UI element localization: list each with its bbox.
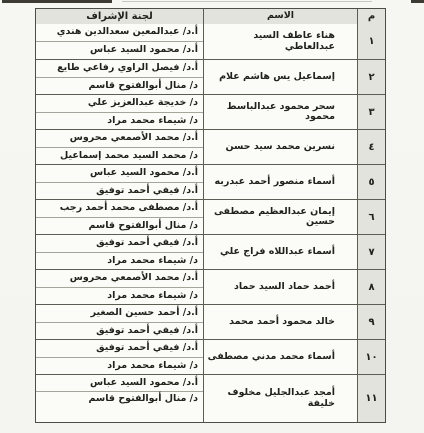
supervision-committee-cell: أ.د/ عبدالمعين سعدالدين هندي أ.د/ محمود …: [36, 24, 203, 59]
supervisor-2: د/ شيماء محمد مراد: [36, 252, 203, 270]
supervision-committee-cell: أ.د/ محمود السيد عباس أ.د/ فيفي أحمد توف…: [36, 165, 203, 199]
table-header-row: م الاسم لجنة الإشراف: [36, 9, 385, 24]
header-student-name: الاسم: [203, 9, 357, 24]
supervisor-2: د/ منال أبوالفتوح قاسم: [36, 217, 203, 235]
student-name-cell: خالد محمود أحمد محمد: [203, 305, 357, 339]
table-row: ١ هناء عاطف السيد عبدالعاطي أ.د/ عبدالمع…: [36, 24, 385, 59]
student-name-cell: أمجد عبدالجليل مخلوف خليفة: [203, 375, 357, 422]
header-supervision-committee: لجنة الإشراف: [36, 9, 203, 24]
supervision-committee-cell: أ.د/ محمد الأصمعي محروس د/ شيماء محمد مر…: [36, 270, 203, 304]
supervision-committee-cell: أ.د/ فيفي أحمد توفيق د/ شيماء محمد مراد: [36, 340, 203, 374]
table-row: ١٠ أسماء محمد مدني مصطفى أ.د/ فيفي أحمد …: [36, 339, 385, 374]
student-name-cell: إسماعيل يس هاشم علام: [203, 60, 357, 94]
table-row: ٦ إيمان عبدالعظيم مصطفى حسين أ.د/ مصطفى …: [36, 199, 385, 234]
serial-number-cell: ١١: [357, 375, 385, 422]
header-serial-number: م: [357, 9, 385, 24]
table-row: ٨ أحمد حماد السيد حماد أ.د/ محمد الأصمعي…: [36, 269, 385, 304]
supervisor-1: أ.د/ محمود السيد عباس: [36, 165, 203, 182]
serial-number-cell: ٤: [357, 130, 385, 164]
supervisor-2: أ.د/ فيفي أحمد توفيق: [36, 182, 203, 200]
supervisor-2: د/ شيماء محمد مراد: [36, 357, 203, 375]
cropped-heading-underline-left: [2, 0, 112, 3]
serial-number-cell: ٩: [357, 305, 385, 339]
student-name-cell: أحمد حماد السيد حماد: [203, 270, 357, 304]
table-row: ٧ أسماء عبداللاه فراج علي أ.د/ فيفي أحمد…: [36, 234, 385, 269]
student-name-cell: أسماء منصور أحمد عبدربه: [203, 165, 357, 199]
cropped-heading-remnant: [122, 1, 372, 2]
supervisor-2: أ.د/ محمود السيد عباس: [36, 41, 203, 59]
table-row: ٢ إسماعيل يس هاشم علام أ.د/ فيصل الراوي …: [36, 59, 385, 94]
supervisor-2: د/ شيماء محمد مراد: [36, 112, 203, 130]
table-row: ٣ سحر محمود عبدالباسط محمود د/ خديجة عبد…: [36, 94, 385, 129]
supervisor-1: أ.د/ فيفي أحمد توفيق: [36, 340, 203, 357]
supervision-committee-cell: أ.د/ مصطفى محمد أحمد رجب د/ منال أبوالفت…: [36, 200, 203, 234]
serial-number-cell: ٦: [357, 200, 385, 234]
student-name-cell: أسماء محمد مدني مصطفى: [203, 340, 357, 374]
supervision-committee-cell: د/ خديجة عبدالعزيز علي د/ شيماء محمد مرا…: [36, 95, 203, 129]
supervision-committee-cell: أ.د/ فيفي أحمد توفيق د/ شيماء محمد مراد: [36, 235, 203, 269]
student-name-cell: سحر محمود عبدالباسط محمود: [203, 95, 357, 129]
serial-number-cell: ٨: [357, 270, 385, 304]
scanned-document-page: م الاسم لجنة الإشراف ١ هناء عاطف السيد ع…: [0, 0, 424, 433]
cropped-heading-underline-right: [411, 0, 424, 3]
student-name-cell: هناء عاطف السيد عبدالعاطي: [203, 24, 357, 59]
supervisor-2: د/ منال أبوالفتوح قاسم: [36, 77, 203, 95]
serial-number-cell: ٥: [357, 165, 385, 199]
table-row: ١١ أمجد عبدالجليل مخلوف خليفة أ.د/ محمود…: [36, 374, 385, 422]
supervisor-1: أ.د/ محمود السيد عباس: [36, 375, 203, 391]
table-row: ٥ أسماء منصور أحمد عبدربه أ.د/ محمود الس…: [36, 164, 385, 199]
supervisor-1: أ.د/ فيفي أحمد توفيق: [36, 235, 203, 252]
student-name-cell: نسرين محمد سيد حسن: [203, 130, 357, 164]
supervisor-2: د/ منال أبوالفتوح قاسم: [36, 391, 203, 422]
supervisor-1: أ.د/ عبدالمعين سعدالدين هندي: [36, 24, 203, 41]
table-row: ٤ نسرين محمد سيد حسن أ.د/ محمد الأصمعي م…: [36, 129, 385, 164]
serial-number-cell: ٣: [357, 95, 385, 129]
supervision-committee-cell: أ.د/ أحمد حسين الصغير أ.د/ فيفي أحمد توف…: [36, 305, 203, 339]
supervision-committee-cell: أ.د/ محمود السيد عباس د/ منال أبوالفتوح …: [36, 375, 203, 422]
supervisor-1: أ.د/ محمد الأصمعي محروس: [36, 130, 203, 147]
supervisor-1: أ.د/ أحمد حسين الصغير: [36, 305, 203, 322]
table-row: ٩ خالد محمود أحمد محمد أ.د/ أحمد حسين ال…: [36, 304, 385, 339]
supervisor-2: د/ شيماء محمد مراد: [36, 287, 203, 305]
student-name-cell: إيمان عبدالعظيم مصطفى حسين: [203, 200, 357, 234]
supervisor-1: أ.د/ فيصل الراوي رفاعي طايع: [36, 60, 203, 77]
serial-number-cell: ٢: [357, 60, 385, 94]
supervision-committee-cell: أ.د/ فيصل الراوي رفاعي طايع د/ منال أبوا…: [36, 60, 203, 94]
supervisor-1: أ.د/ مصطفى محمد أحمد رجب: [36, 200, 203, 217]
supervisor-2: د/ محمد السيد محمد إسماعيل: [36, 147, 203, 165]
supervision-committee-cell: أ.د/ محمد الأصمعي محروس د/ محمد السيد مح…: [36, 130, 203, 164]
supervision-committee-table: م الاسم لجنة الإشراف ١ هناء عاطف السيد ع…: [35, 8, 386, 423]
student-name-cell: أسماء عبداللاه فراج علي: [203, 235, 357, 269]
serial-number-cell: ١٠: [357, 340, 385, 374]
serial-number-cell: ١: [357, 24, 385, 59]
table-body: ١ هناء عاطف السيد عبدالعاطي أ.د/ عبدالمع…: [36, 24, 385, 422]
supervisor-1: د/ خديجة عبدالعزيز علي: [36, 95, 203, 112]
supervisor-2: أ.د/ فيفي أحمد توفيق: [36, 322, 203, 340]
serial-number-cell: ٧: [357, 235, 385, 269]
supervisor-1: أ.د/ محمد الأصمعي محروس: [36, 270, 203, 287]
